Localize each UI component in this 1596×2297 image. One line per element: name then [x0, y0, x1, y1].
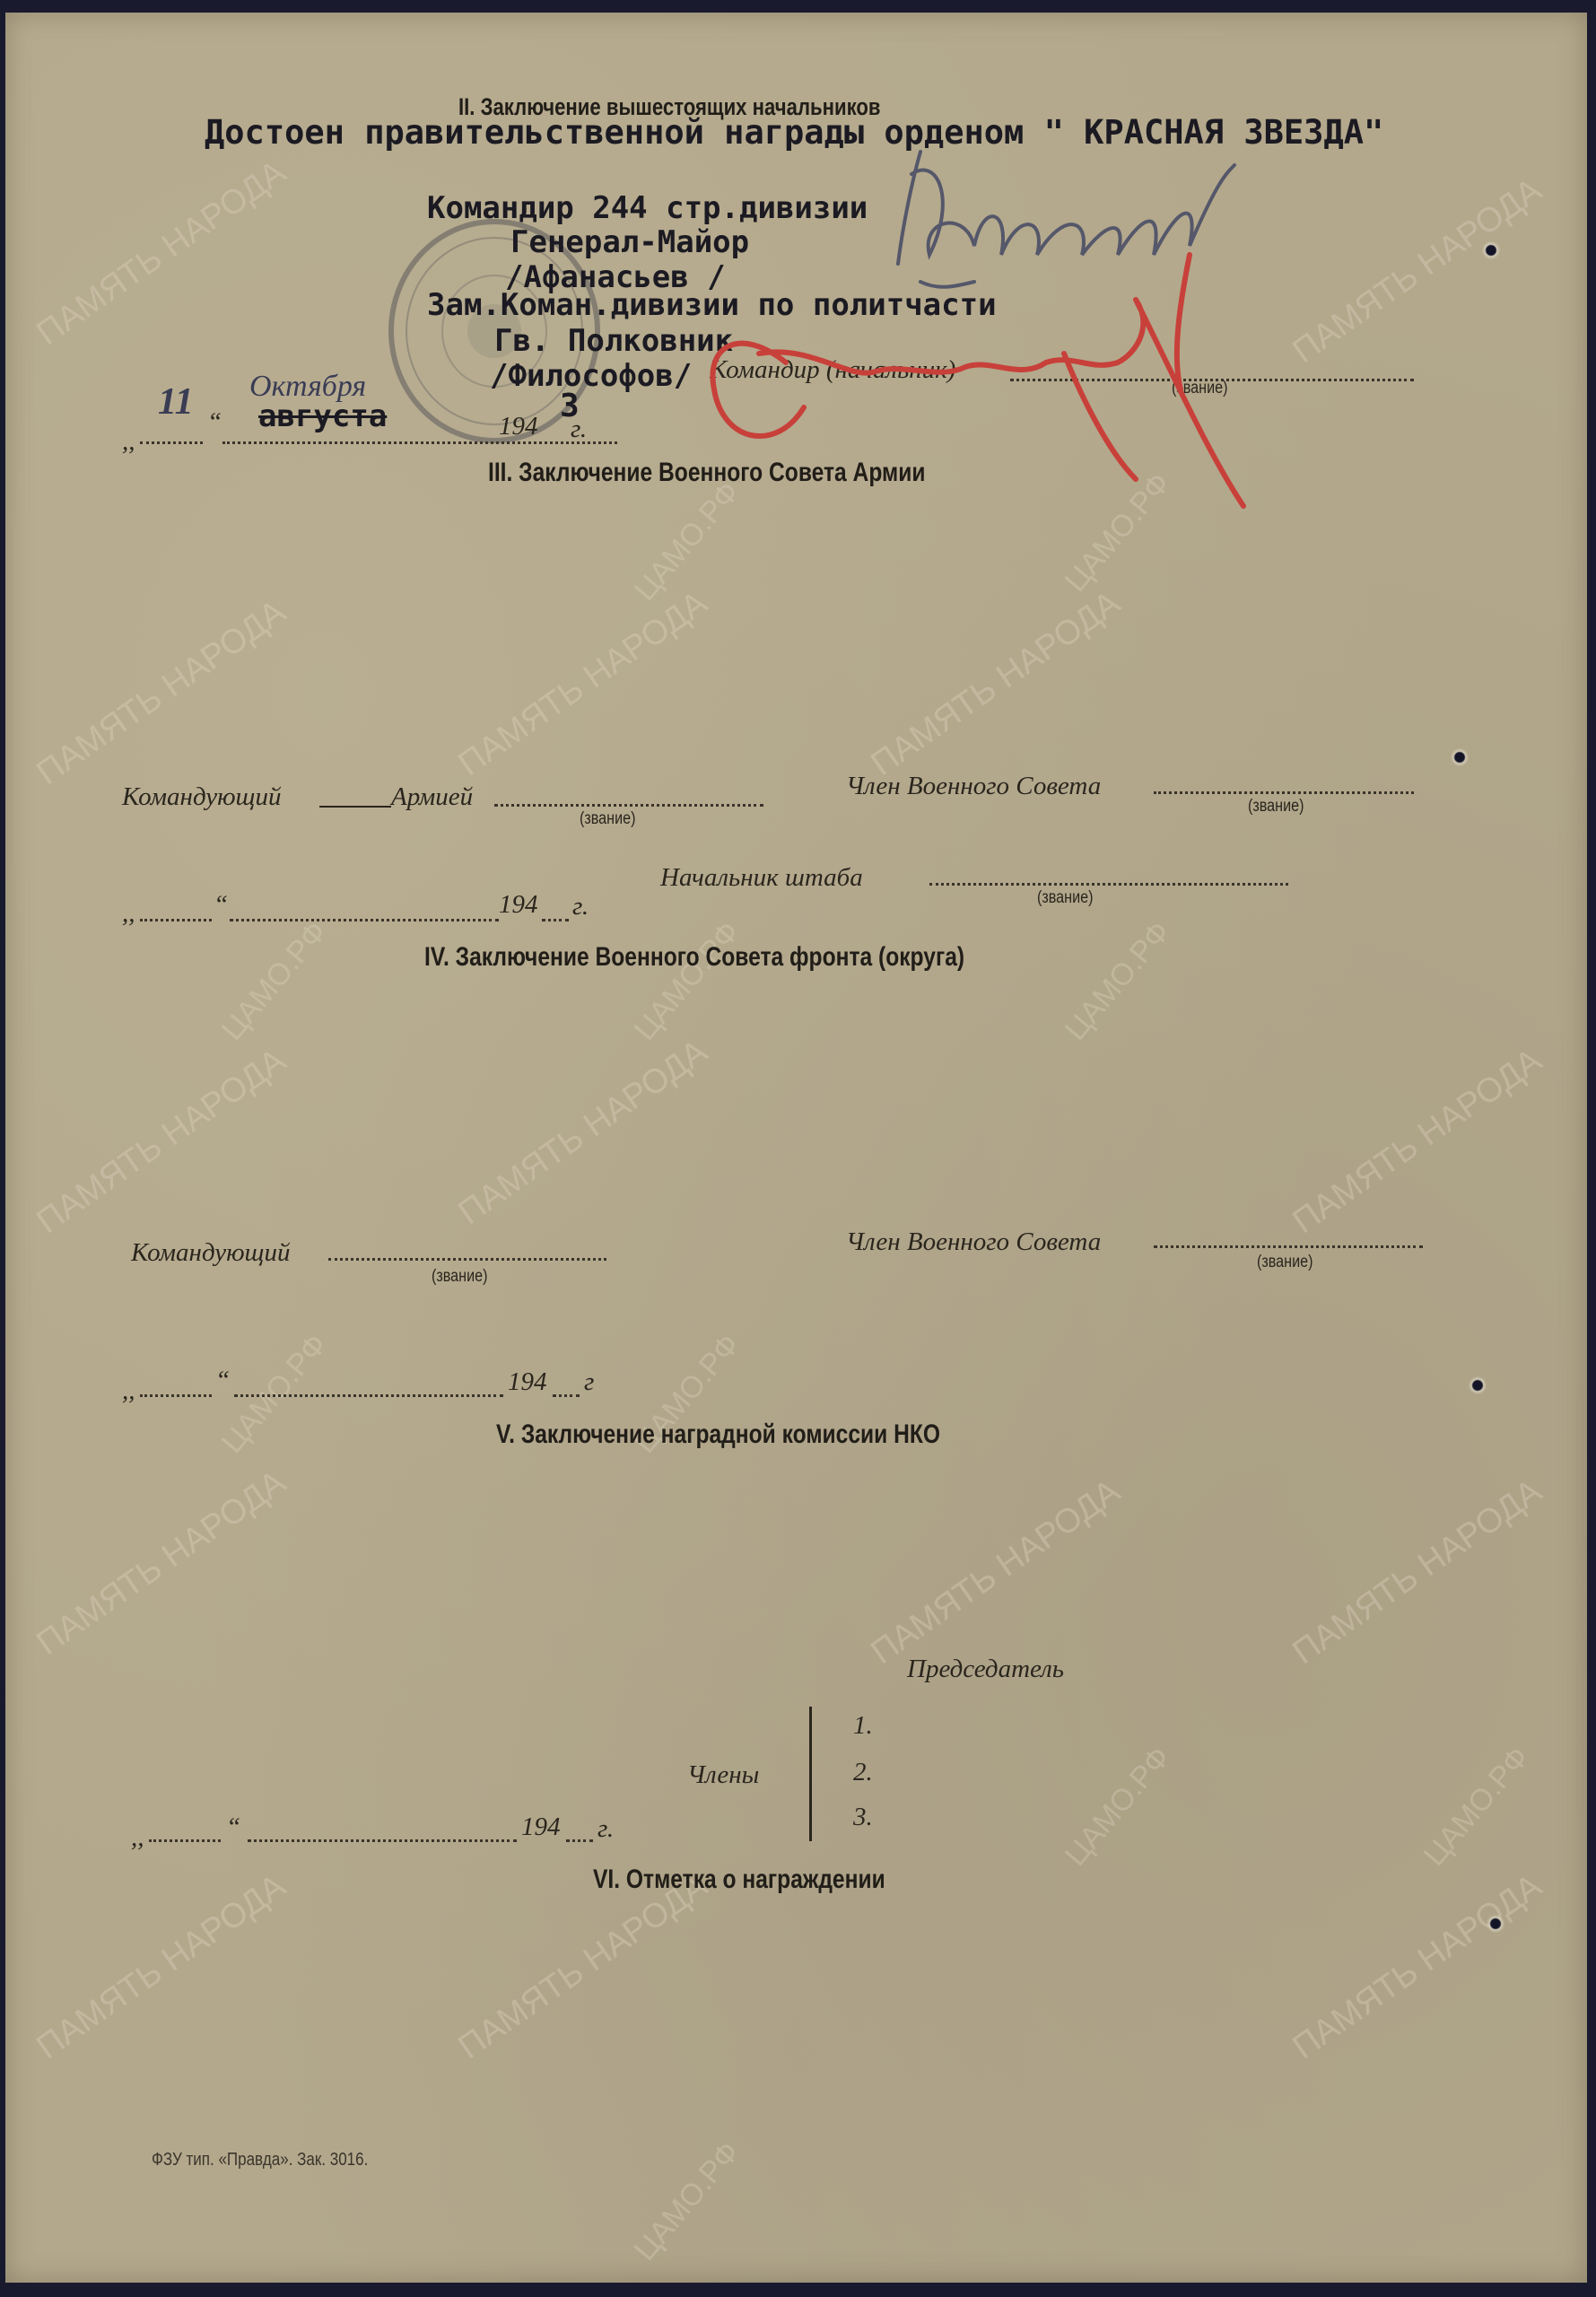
date-month-line: [248, 1839, 517, 1842]
watermark-pamyat-naroda: ПАМЯТЬ НАРОДА: [866, 1474, 1125, 1669]
council-member-label: Член Военного Совета: [846, 1227, 1101, 1257]
rank-caption: (звание): [1037, 888, 1093, 908]
member-3: 3.: [853, 1803, 873, 1832]
signature-filosofov-red: [669, 246, 1441, 533]
front-commander-label: Командующий: [131, 1238, 290, 1268]
council-member-label: Член Военного Совета: [846, 772, 1101, 801]
date-year-prefix: 194: [499, 412, 538, 441]
award-verdict: Достоен правительственной награды ордено…: [205, 113, 1383, 152]
watermark-tsamo: ЦАМО.РФ: [215, 915, 335, 1048]
army-commander-line: [494, 804, 763, 807]
watermark-pamyat-naroda: ПАМЯТЬ НАРОДА: [1287, 1474, 1547, 1669]
rank-caption: (звание): [1257, 1253, 1313, 1272]
open-quote: ,,: [122, 427, 135, 457]
army-commander-label: Командующий: [122, 782, 281, 812]
date-month-line: [230, 919, 499, 921]
members-brace: [809, 1707, 812, 1841]
watermark-tsamo: ЦАМО.РФ: [1417, 1741, 1537, 1873]
watermark-tsamo: ЦАМО.РФ: [1059, 1741, 1178, 1873]
council-member-line: [1154, 1245, 1423, 1248]
front-commander-line: [328, 1258, 606, 1261]
date-year-line: [553, 1394, 580, 1397]
rank-caption: (звание): [1248, 797, 1304, 817]
watermark-pamyat-naroda: ПАМЯТЬ НАРОДА: [31, 155, 291, 350]
close-quote: “: [207, 407, 222, 437]
rank-caption: (звание): [580, 809, 635, 829]
punch-hole: [1450, 748, 1470, 766]
watermark-pamyat-naroda: ПАМЯТЬ НАРОДА: [31, 1869, 291, 2064]
date-year-line: [542, 919, 569, 921]
rank-caption: (звание): [432, 1267, 487, 1287]
date-g: г: [584, 1367, 594, 1397]
watermark-pamyat-naroda: ПАМЯТЬ НАРОДА: [453, 1035, 712, 1229]
chairman-label: Председатель: [907, 1655, 1064, 1684]
council-member-line: [1154, 791, 1414, 794]
date-month-line: [234, 1394, 503, 1397]
date-g: г.: [597, 1814, 614, 1844]
date-day-line: [140, 441, 203, 444]
date-day-handwritten: 11: [158, 380, 194, 424]
date-g: г.: [571, 415, 587, 444]
date-year-prefix: 194: [499, 890, 538, 920]
section-5-heading: V. Заключение наградной комиссии НКО: [496, 1419, 940, 1450]
chief-of-staff-line: [929, 883, 1288, 886]
printer-imprint: ФЗУ тип. «Правда». Зак. 3016.: [152, 2150, 368, 2170]
section-6-heading: VI. Отметка о награждении: [593, 1865, 885, 1895]
army-label: Армией: [391, 782, 473, 812]
members-label: Члены: [687, 1760, 759, 1790]
date-day-line: [140, 919, 212, 921]
document-page: ПАМЯТЬ НАРОДА ПАМЯТЬ НАРОДА ПАМЯТЬ НАРОД…: [5, 13, 1587, 2283]
date-year-prefix: 194: [508, 1367, 547, 1397]
watermark-tsamo: ЦАМО.РФ: [628, 2135, 747, 2268]
close-quote: “: [215, 1366, 230, 1395]
watermark-pamyat-naroda: ПАМЯТЬ НАРОДА: [1287, 1869, 1547, 2064]
close-quote: “: [214, 890, 228, 920]
close-quote: “: [226, 1812, 240, 1842]
watermark-pamyat-naroda: ПАМЯТЬ НАРОДА: [31, 1465, 291, 1660]
open-quote: ,,: [122, 1376, 135, 1406]
watermark-pamyat-naroda: ПАМЯТЬ НАРОДА: [453, 1869, 712, 2064]
watermark-pamyat-naroda: ПАМЯТЬ НАРОДА: [453, 586, 712, 781]
date-month-typed-struck: августа: [258, 398, 387, 434]
punch-hole: [1481, 241, 1501, 259]
member-2: 2.: [853, 1758, 873, 1787]
watermark-pamyat-naroda: ПАМЯТЬ НАРОДА: [31, 1044, 291, 1238]
watermark-pamyat-naroda: ПАМЯТЬ НАРОДА: [31, 595, 291, 790]
open-quote: ,,: [131, 1823, 144, 1853]
open-quote: ,,: [122, 899, 135, 929]
section-3-heading: III. Заключение Военного Совета Армии: [488, 458, 925, 488]
date-month-line: [222, 441, 617, 444]
watermark-pamyat-naroda: ПАМЯТЬ НАРОДА: [1287, 1044, 1547, 1238]
date-day-line: [140, 1394, 212, 1397]
dash: [319, 806, 391, 808]
date-day-line: [149, 1839, 221, 1842]
member-1: 1.: [853, 1711, 873, 1741]
deputy-name: /Философов/: [490, 358, 692, 394]
date-year-line: [566, 1839, 593, 1842]
date-year-prefix: 194: [521, 1812, 561, 1842]
punch-hole: [1468, 1376, 1487, 1394]
watermark-pamyat-naroda: ПАМЯТЬ НАРОДА: [866, 586, 1125, 781]
watermark-tsamo: ЦАМО.РФ: [1059, 915, 1178, 1048]
chief-of-staff-label: Начальник штаба: [660, 863, 863, 893]
section-4-heading: IV. Заключение Военного Совета фронта (о…: [424, 942, 964, 973]
commander-title: Командир 244 стр.дивизии: [427, 190, 868, 226]
watermark-tsamo: ЦАМО.РФ: [628, 915, 747, 1048]
date-g: г.: [572, 892, 589, 921]
punch-hole: [1486, 1915, 1505, 1933]
